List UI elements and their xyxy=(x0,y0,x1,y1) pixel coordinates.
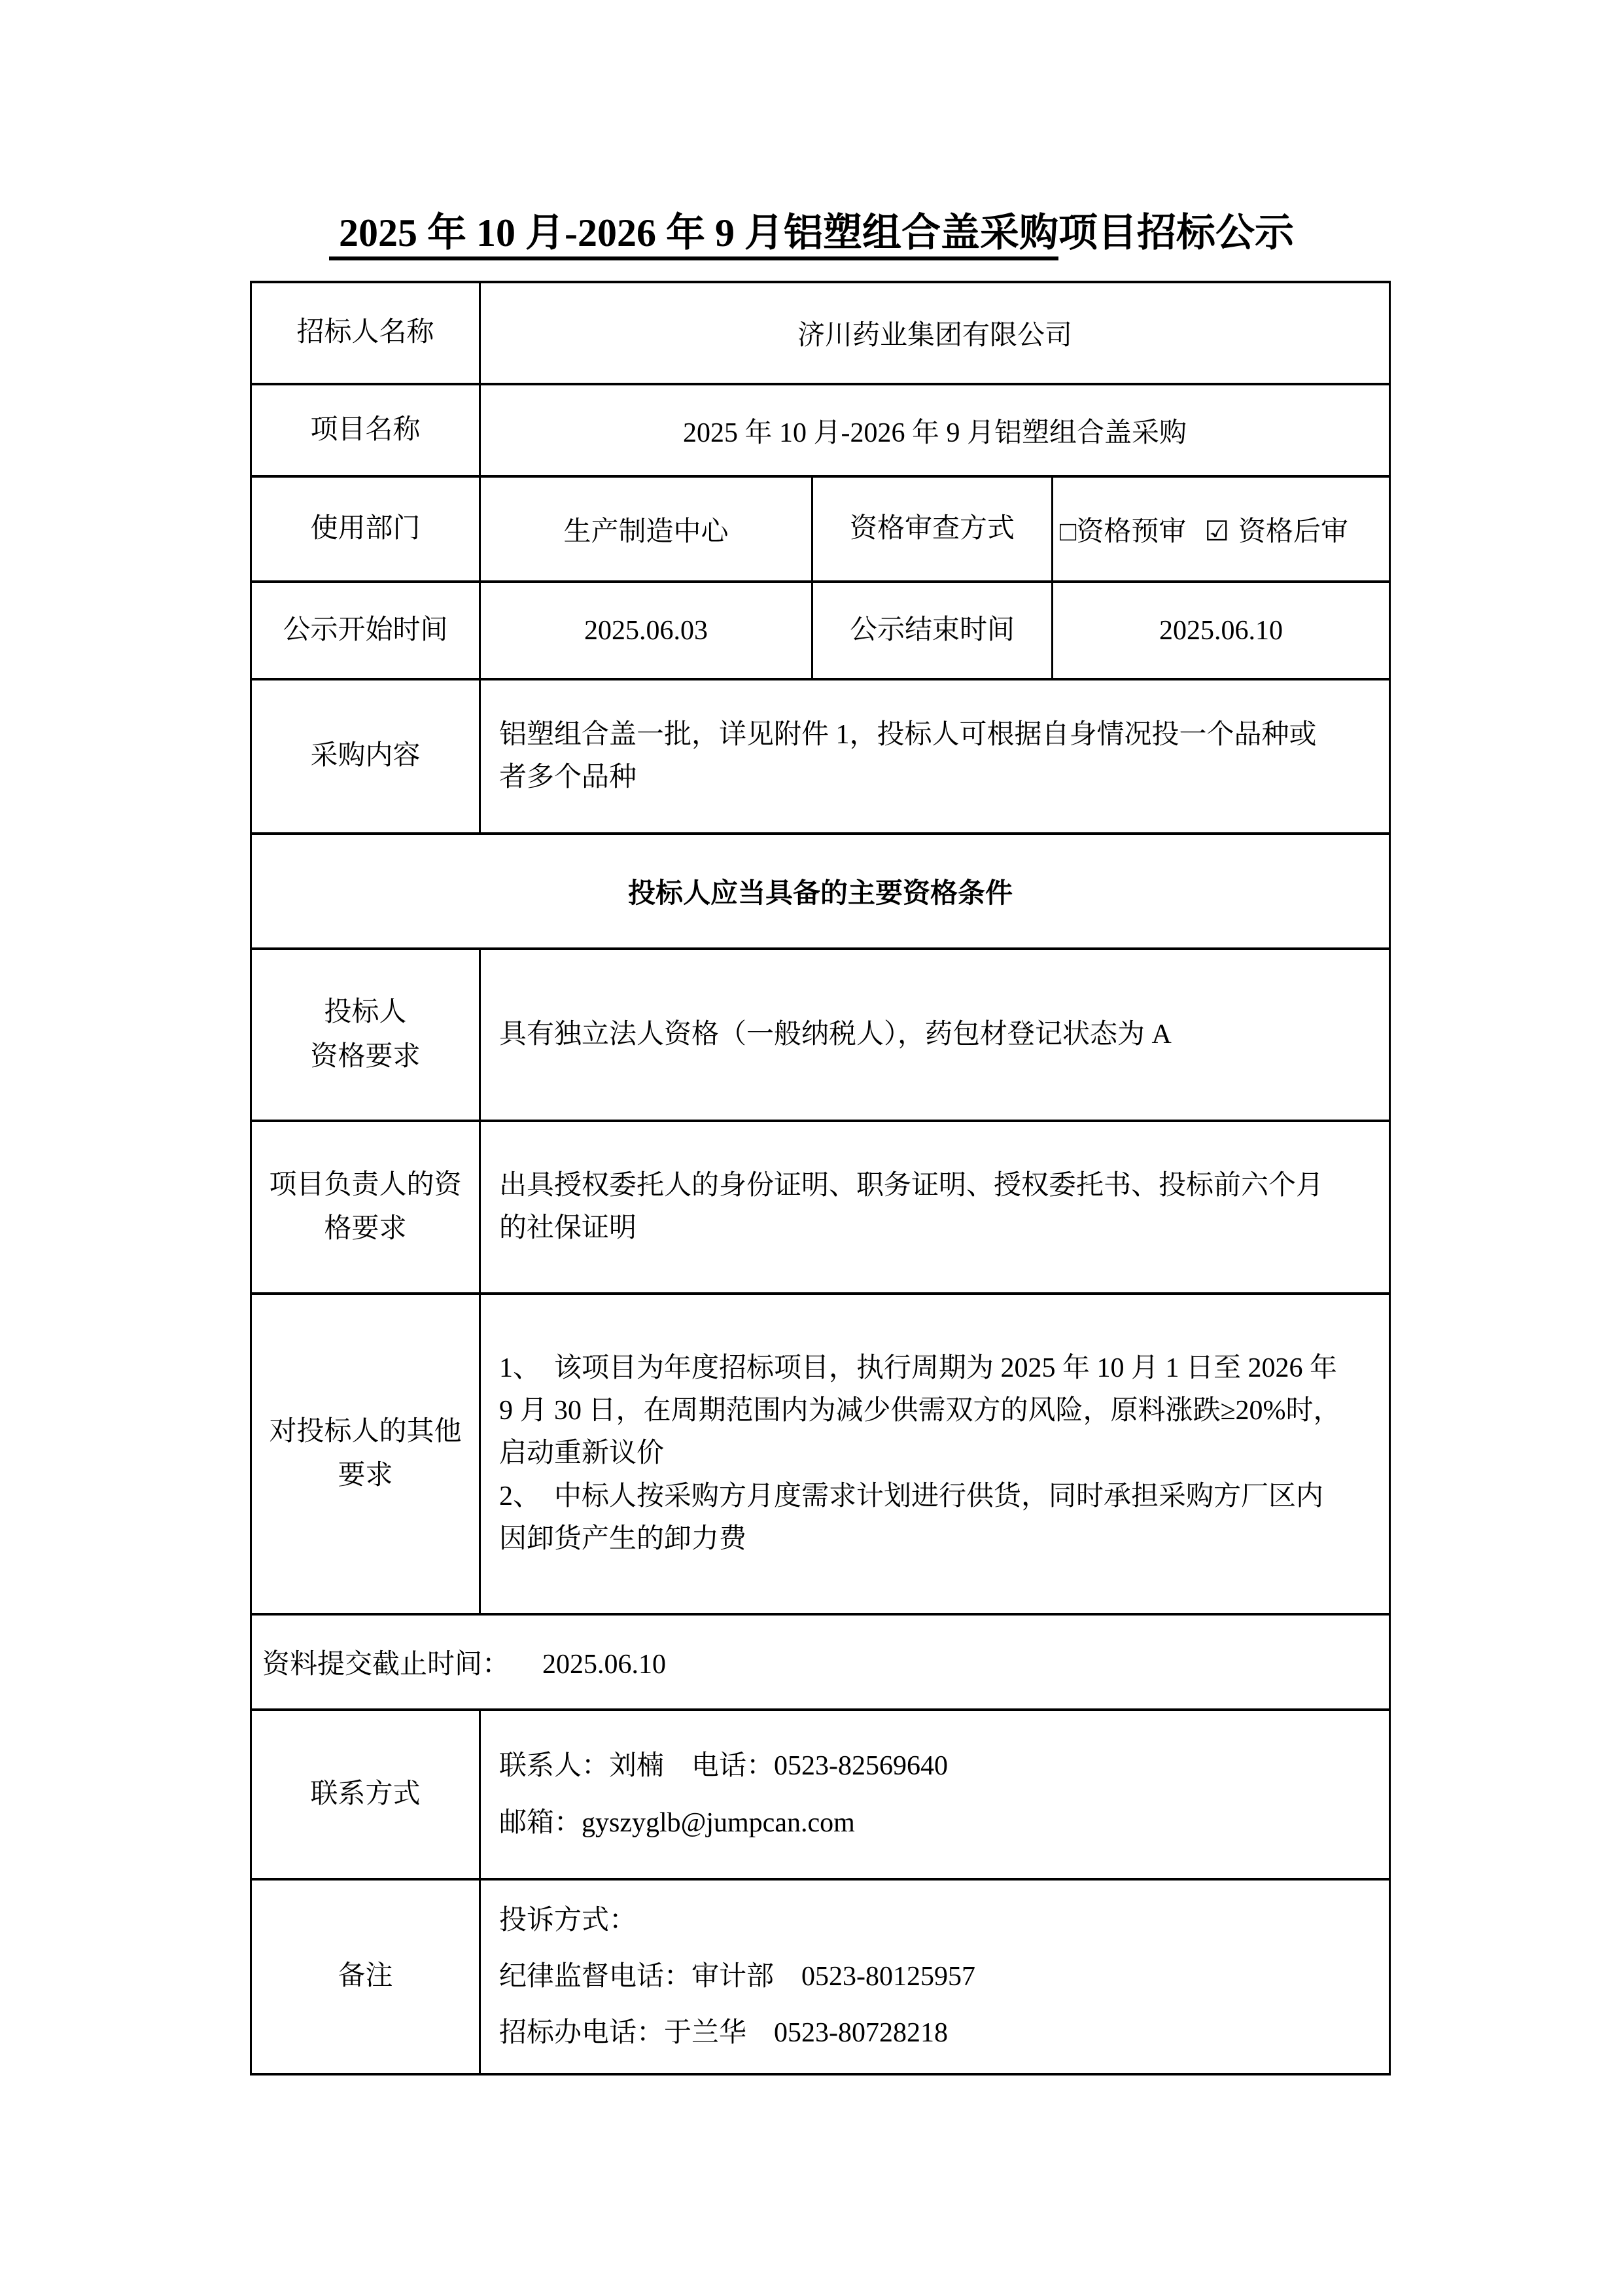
table-row-contact: 联系方式 联系人：刘楠 电话：0523-82569640 邮箱：gyszyglb… xyxy=(251,1710,1390,1879)
other-requirements-label: 对投标人的其他要求 xyxy=(251,1294,480,1614)
manager-qualification-label: 项目负责人的资格要求 xyxy=(251,1121,480,1294)
submission-deadline-value: 2025.06.10 xyxy=(542,1650,666,1680)
procurement-content-label: 采购内容 xyxy=(251,679,480,834)
postqualification-checkbox-checked-icon: ☑ xyxy=(1204,515,1229,548)
contact-label: 联系方式 xyxy=(251,1710,480,1879)
prequalification-checkbox-unchecked-icon: □ xyxy=(1060,516,1076,548)
remarks-value: 投诉方式： 纪律监督电话：审计部 0523-80125957 招标办电话：于兰华… xyxy=(480,1879,1390,2074)
table-row-department-review: 使用部门 生产制造中心 资格审查方式 □资格预审☑资格后审 xyxy=(251,476,1390,582)
document-page: 2025 年 10 月-2026 年 9 月铝塑组合盖采购项目招标公示 招标人名… xyxy=(0,0,1623,2296)
postqualification-option-label: 资格后审 xyxy=(1238,517,1348,547)
contact-value: 联系人：刘楠 电话：0523-82569640 邮箱：gyszyglb@jump… xyxy=(480,1710,1390,1879)
bidder-qualification-value: 具有独立法人资格（一般纳税人），药包材登记状态为 A xyxy=(480,949,1390,1121)
table-row-submission-deadline: 资料提交截止时间：2025.06.10 xyxy=(251,1614,1390,1710)
table-row-remarks: 备注 投诉方式： 纪律监督电话：审计部 0523-80125957 招标办电话：… xyxy=(251,1879,1390,2074)
qualification-review-options: □资格预审☑资格后审 xyxy=(1053,476,1390,582)
page-title-normal-part: 项目招标公示 xyxy=(1058,211,1294,255)
table-row-project-name: 项目名称 2025 年 10 月-2026 年 9 月铝塑组合盖采购 xyxy=(251,384,1390,476)
publicity-end-value: 2025.06.10 xyxy=(1053,582,1390,679)
project-name-label: 项目名称 xyxy=(251,384,480,476)
table-row-qualification-header: 投标人应当具备的主要资格条件 xyxy=(251,834,1390,949)
bidder-name-value: 济川药业集团有限公司 xyxy=(480,282,1390,384)
using-department-value: 生产制造中心 xyxy=(480,476,812,582)
remarks-label: 备注 xyxy=(251,1879,480,2074)
manager-qualification-value: 出具授权委托人的身份证明、职务证明、授权委托书、投标前六个月 的社保证明 xyxy=(480,1121,1390,1294)
table-row-procurement-content: 采购内容 铝塑组合盖一批，详见附件 1，投标人可根据自身情况投一个品种或 者多个… xyxy=(251,679,1390,834)
table-row-bidder-qualification: 投标人 资格要求 具有独立法人资格（一般纳税人），药包材登记状态为 A xyxy=(251,949,1390,1121)
table-row-other-requirements: 对投标人的其他要求 1、 该项目为年度招标项目，执行周期为 2025 年 10 … xyxy=(251,1294,1390,1614)
submission-deadline-cell: 资料提交截止时间：2025.06.10 xyxy=(251,1614,1390,1710)
table-row-manager-qualification: 项目负责人的资格要求 出具授权委托人的身份证明、职务证明、授权委托书、投标前六个… xyxy=(251,1121,1390,1294)
other-requirements-value: 1、 该项目为年度招标项目，执行周期为 2025 年 10 月 1 日至 202… xyxy=(480,1294,1390,1614)
table-row-publicity-dates: 公示开始时间 2025.06.03 公示结束时间 2025.06.10 xyxy=(251,582,1390,679)
table-row-bidder-name: 招标人名称 济川药业集团有限公司 xyxy=(251,282,1390,384)
publicity-start-value: 2025.06.03 xyxy=(480,582,812,679)
using-department-label: 使用部门 xyxy=(251,476,480,582)
qualification-section-header: 投标人应当具备的主要资格条件 xyxy=(251,834,1390,949)
project-name-value: 2025 年 10 月-2026 年 9 月铝塑组合盖采购 xyxy=(480,384,1390,476)
publicity-start-label: 公示开始时间 xyxy=(251,582,480,679)
page-title-underlined-part: 2025 年 10 月-2026 年 9 月铝塑组合盖采购 xyxy=(329,211,1058,255)
publicity-end-label: 公示结束时间 xyxy=(812,582,1053,679)
qualification-review-label: 资格审查方式 xyxy=(812,476,1053,582)
procurement-content-value: 铝塑组合盖一批，详见附件 1，投标人可根据自身情况投一个品种或 者多个品种 xyxy=(480,679,1390,834)
page-title: 2025 年 10 月-2026 年 9 月铝塑组合盖采购项目招标公示 xyxy=(0,208,1623,258)
prequalification-option-label: 资格预审 xyxy=(1076,517,1186,547)
bidder-qualification-label: 投标人 资格要求 xyxy=(251,949,480,1121)
submission-deadline-label: 资料提交截止时间： xyxy=(262,1650,510,1680)
announcement-table: 招标人名称 济川药业集团有限公司 项目名称 2025 年 10 月-2026 年… xyxy=(250,281,1391,2075)
bidder-name-label: 招标人名称 xyxy=(251,282,480,384)
